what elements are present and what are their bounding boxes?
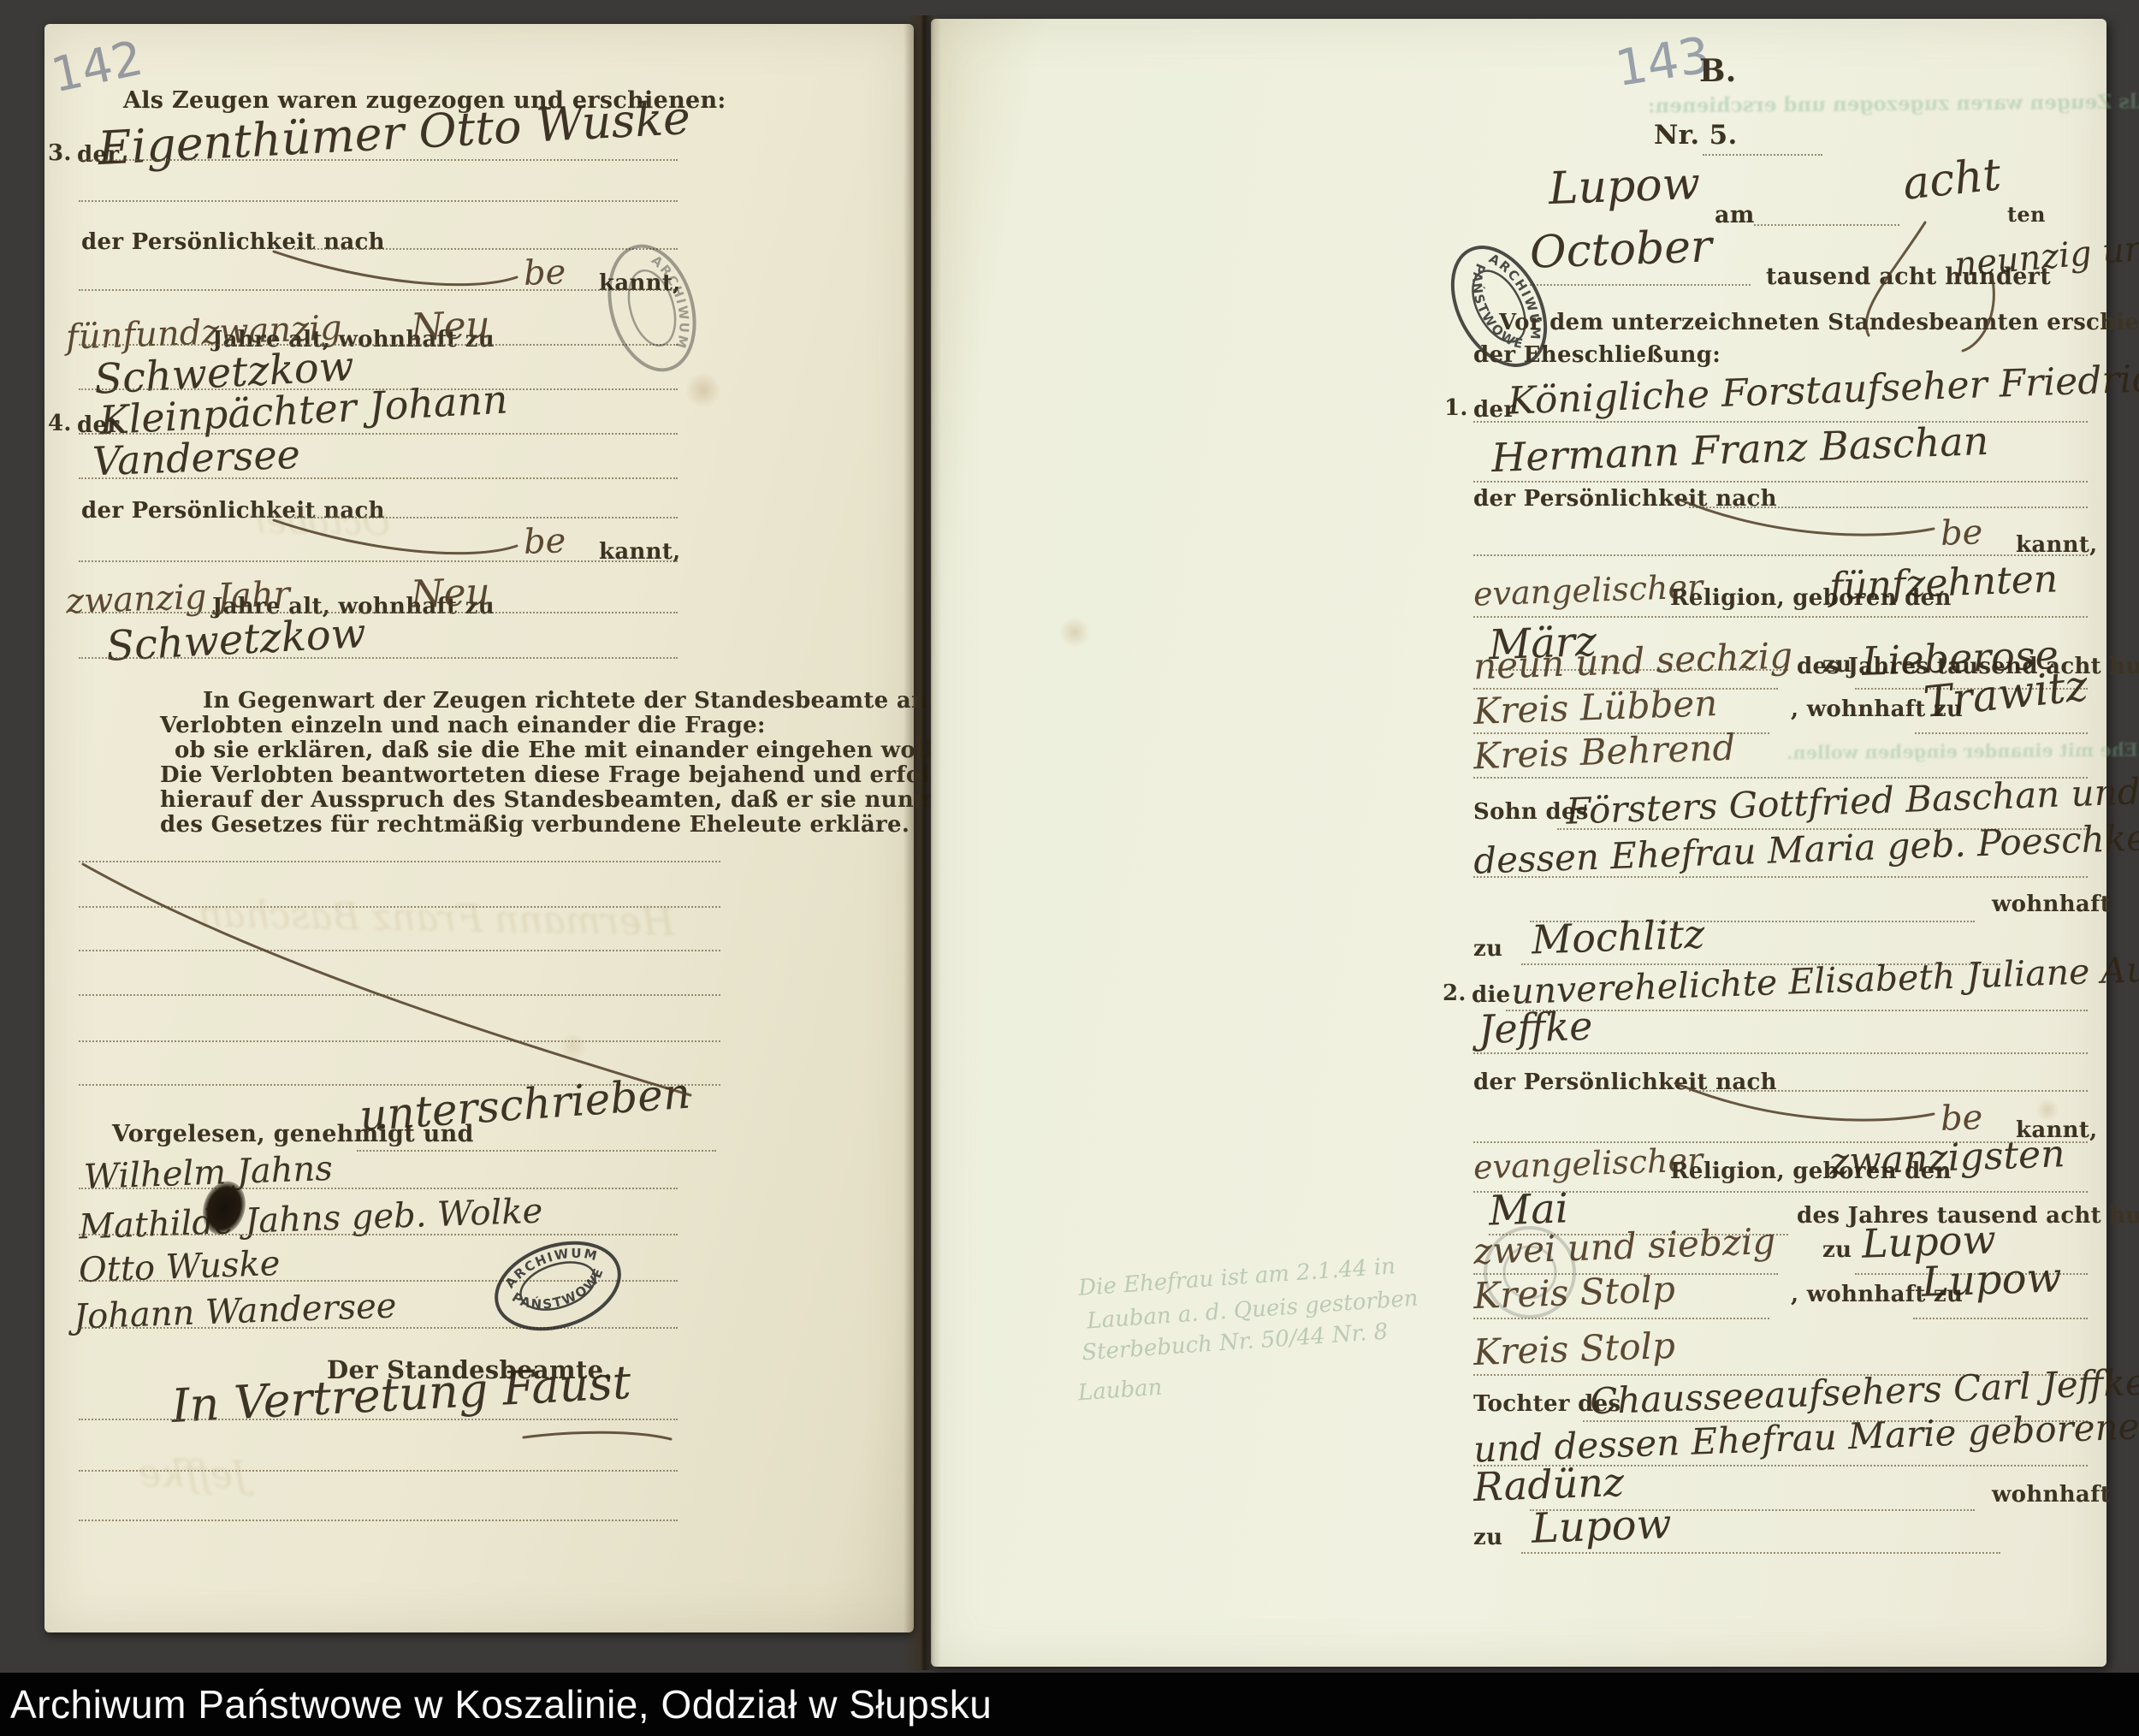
ruled-line <box>79 906 720 908</box>
bride-birthday-handwriting: zwanzigsten <box>1828 1132 2065 1184</box>
ruled-line <box>1915 732 2088 734</box>
declaration-line1: In Gegenwart der Zeugen richtete der Sta… <box>203 688 975 714</box>
groom-residence-district-handwriting: Kreis Behrend <box>1472 726 1736 778</box>
ruled-line <box>1473 421 2088 423</box>
ruled-line <box>1473 616 2088 618</box>
declaration-line6: des Gesetzes für rechtmäßig verbundene E… <box>160 812 910 838</box>
margin-death-note-line4: Lauban <box>1077 1375 1163 1407</box>
ruled-line <box>294 517 678 518</box>
bleedthrough-heading: Als Zeugen waren zugezogen und erschiene… <box>1648 90 2139 117</box>
be-handwriting: be <box>523 521 566 562</box>
ruled-line <box>1530 284 1751 286</box>
ruled-line <box>79 1520 678 1521</box>
ruled-line <box>79 1419 678 1420</box>
declaration-line3: ob sie erklären, daß sie die Ehe mit ein… <box>175 738 972 763</box>
signature-2: Mathilde Jahns geb. Wolke <box>78 1192 543 1247</box>
bleedthrough-text: Hermann Franz Baschan <box>198 892 675 945</box>
archive-name-text: Archiwum Państwowe w Koszalinie, Oddział… <box>0 1681 992 1727</box>
item3-number: 3. <box>48 140 72 166</box>
intro-line1: Vor dem unterzeichneten Standesbeamten e… <box>1499 310 2139 335</box>
zu-label: zu <box>1473 936 1502 962</box>
signature-3: Otto Wuske <box>78 1244 281 1290</box>
ruled-line <box>79 950 720 951</box>
declaration-line2: Verlobten einzeln und nach einander die … <box>160 713 766 738</box>
entry-number-label: Nr. 5. <box>1654 120 1738 151</box>
ruled-line <box>79 1470 678 1472</box>
zu-label: zu <box>1473 1525 1502 1550</box>
signature-1: Wilhelm Jahns <box>83 1149 333 1197</box>
ruled-line <box>1473 481 2088 483</box>
ruled-line <box>79 344 678 346</box>
ruled-line <box>79 994 720 996</box>
ruled-line <box>79 1188 678 1189</box>
day-handwriting: acht <box>1900 149 2003 210</box>
ruled-line <box>1506 1010 2088 1011</box>
be-handwriting: be <box>1940 513 1983 554</box>
witness4-surname-handwriting: Vandersee <box>92 431 301 484</box>
register-page-right: 143 B. Als Zeugen waren zugezogen und er… <box>931 19 2106 1667</box>
bride-die-label: die <box>1472 982 1511 1008</box>
item4-number: 4. <box>48 411 72 436</box>
ruled-line <box>79 560 678 562</box>
ruled-line <box>1689 507 2088 508</box>
be-handwriting: be <box>523 252 566 293</box>
ruled-line <box>79 1040 720 1042</box>
month-handwriting: October <box>1529 221 1713 278</box>
groom-birthday-handwriting: fünfzehnten <box>1828 557 2059 608</box>
witness4-residence1-handwriting: Neu <box>410 570 491 616</box>
be-handwriting: be <box>1940 1098 1983 1139</box>
ruled-line <box>79 200 678 202</box>
bride-parents-residence-handwriting: Lupow <box>1531 1500 1672 1553</box>
groom-number: 1. <box>1444 395 1468 421</box>
groom-birth-district-handwriting: Kreis Lübben <box>1472 682 1718 732</box>
am-label: am <box>1715 202 1755 228</box>
place-handwriting: Lupow <box>1548 158 1701 215</box>
zu-label: zu <box>1822 1237 1852 1263</box>
bride-religion-handwriting: evangelischer <box>1472 1141 1703 1186</box>
ruled-line <box>79 612 678 613</box>
witness3-residence1-handwriting: Neu <box>410 303 491 349</box>
ruled-line <box>79 861 720 862</box>
groom-religion-handwriting: evangelischer <box>1472 567 1703 613</box>
bleedthrough-text: ob sie erklären, daß sie die Ehe mit ein… <box>1786 737 2139 763</box>
ruled-line <box>1521 1552 2000 1554</box>
ruled-line <box>79 289 678 291</box>
ruled-line <box>79 433 678 435</box>
paper-stain <box>1058 618 1092 647</box>
persoenlichkeit-label: der Persönlichkeit nach <box>81 229 385 255</box>
archive-watermark-bar: Archiwum Państwowe w Koszalinie, Oddział… <box>0 1673 2139 1736</box>
bride-birth-district-handwriting: Kreis Stolp <box>1472 1268 1675 1317</box>
intro-line2: der Eheschließung: <box>1473 342 1721 368</box>
registrar-signature-handwriting: In Vertretung Faust <box>170 1355 632 1433</box>
page-letter: B. <box>1699 53 1737 89</box>
ruled-line <box>1913 1318 2088 1319</box>
groom-parents-residence-handwriting: Mochlitz <box>1531 910 1705 963</box>
year-handwriting: neunzig und fünf <box>1953 220 2139 285</box>
archive-scan: 142 Als Zeugen waren zugezogen und ersch… <box>0 0 2139 1736</box>
bride-residence-district-handwriting: Kreis Stolp <box>1472 1324 1675 1373</box>
signature-4: Johann Wandersee <box>73 1286 397 1336</box>
zu-label: zu <box>1822 652 1852 678</box>
ten-suffix-label: ten <box>2007 202 2046 227</box>
bleedthrough-text: Jeffke <box>139 1452 248 1497</box>
unterschrieben-handwriting: unterschrieben <box>358 1069 691 1141</box>
paper-stain <box>558 1034 589 1059</box>
bride-residence-handwriting: Lupow <box>1921 1253 2062 1306</box>
declaration-line4: Die Verlobten beantworteten diese Frage … <box>160 762 970 788</box>
register-page-left: 142 Als Zeugen waren zugezogen und ersch… <box>44 24 914 1632</box>
book-gutter <box>904 15 941 1670</box>
persoenlichkeit-label: der Persönlichkeit nach <box>81 498 385 524</box>
wohnhaft-label: wohnhaft <box>1992 1482 2111 1508</box>
ruled-line <box>1473 1318 1769 1319</box>
ruled-line <box>1473 876 2088 878</box>
ruled-line <box>79 477 678 479</box>
ruled-line <box>1703 154 1822 156</box>
archive-oval-stamp-faint: ARCHIWUM <box>578 222 726 393</box>
wohnhaft-label: wohnhaft <box>1992 892 2111 917</box>
ruled-line <box>79 657 678 659</box>
bride-number: 2. <box>1443 981 1466 1006</box>
paper-stain <box>684 373 722 407</box>
groom-name-handwriting: Hermann Franz Baschan <box>1490 418 1989 481</box>
bride-surname-handwriting: Jeffke <box>1478 1003 1593 1053</box>
ruled-line <box>1754 224 1899 226</box>
ruled-line <box>79 159 678 161</box>
ruled-line <box>1689 1090 2088 1092</box>
ruled-line <box>357 1150 716 1152</box>
ruled-line <box>1473 554 2088 556</box>
ruled-line <box>1473 1052 2088 1054</box>
